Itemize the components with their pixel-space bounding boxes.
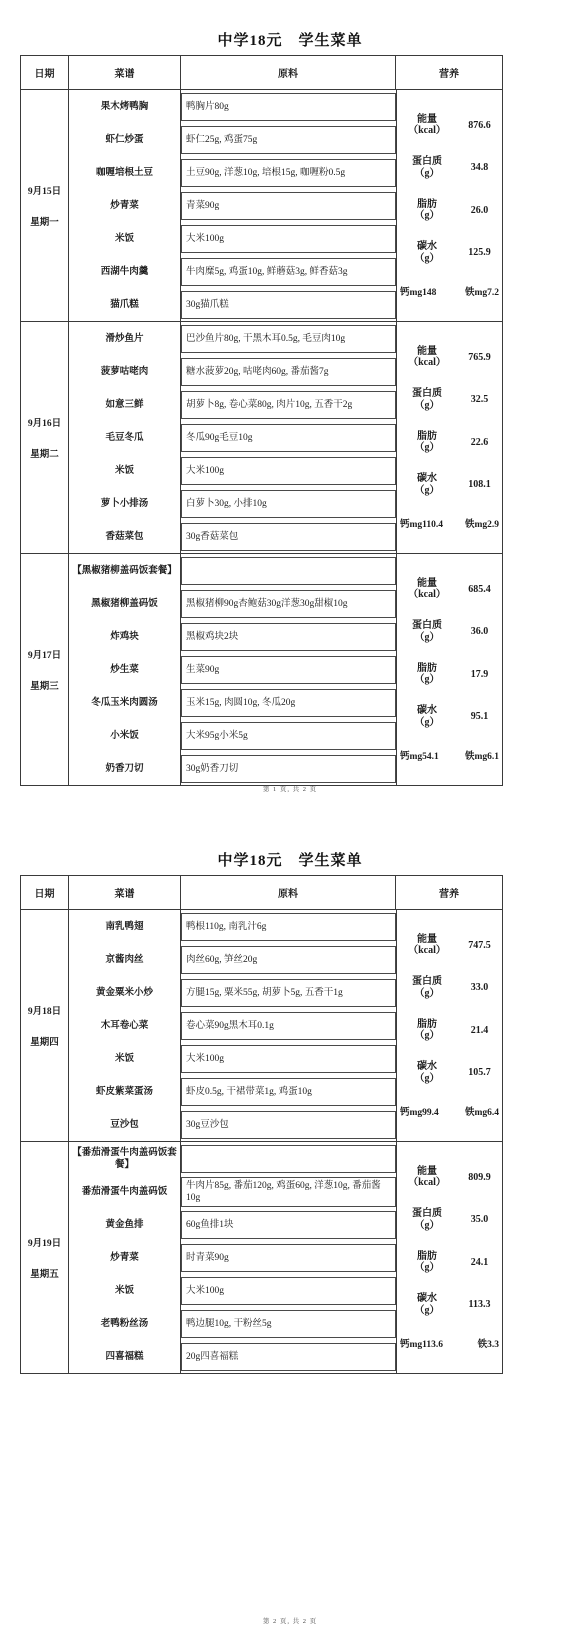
dish-row: 炒生菜 生菜90g bbox=[69, 653, 396, 686]
nutrition-label-line1: 碳水 bbox=[397, 1293, 457, 1305]
nutrition-cell: 能量 （kcal） 876.6 蛋白质 （g） 34.8 脂肪 （g） 26.0… bbox=[396, 90, 502, 321]
nutrition-label-line1: 脂肪 bbox=[397, 431, 457, 443]
ingredient-cell: 大米95g小米5g bbox=[181, 719, 396, 752]
dish-row: 如意三鲜 胡萝卜8g, 卷心菜80g, 肉片10g, 五香干2g bbox=[69, 388, 396, 421]
ingredient-cell: 虾仁25g, 鸡蛋75g bbox=[181, 123, 396, 156]
date-text: 9月17日 bbox=[28, 647, 61, 661]
dish-row: 萝卜小排汤 白萝卜30g, 小排10g bbox=[69, 487, 396, 520]
ingredient-cell: 巴沙鱼片80g, 干黑木耳0.5g, 毛豆肉10g bbox=[181, 322, 396, 355]
nutrition-label-line2: （g） bbox=[397, 253, 457, 265]
nutrition-label: 脂肪 （g） bbox=[397, 431, 457, 454]
ingredient-text: 生菜90g bbox=[181, 656, 396, 684]
ingredient-cell: 20g四喜福糕 bbox=[181, 1340, 396, 1373]
day-block: 9月19日 星期五 【番茄滑蛋牛肉盖码饭套餐】 番茄滑蛋牛肉盖码饭 牛肉片85g… bbox=[21, 1141, 502, 1373]
nutrition-label-line2: （g） bbox=[397, 1305, 457, 1317]
nutrition-value: 765.9 bbox=[457, 352, 502, 363]
ingredient-cell: 胡萝卜8g, 卷心菜80g, 肉片10g, 五香干2g bbox=[181, 388, 396, 421]
calcium-value: 钙mg148 bbox=[400, 284, 436, 298]
nutrition-row: 碳水 （g） 108.1 bbox=[397, 473, 502, 496]
dish-name: 小米饭 bbox=[69, 719, 181, 752]
ingredient-text: 30g奶香刀切 bbox=[181, 755, 396, 783]
nutrition-label: 蛋白质 （g） bbox=[397, 976, 457, 999]
dish-name: 西湖牛肉羹 bbox=[69, 255, 181, 288]
nutrition-value: 36.0 bbox=[457, 626, 502, 637]
nutrition-value: 809.9 bbox=[457, 1172, 502, 1183]
nutrition-label: 脂肪 （g） bbox=[397, 1251, 457, 1274]
ingredient-text: 60g鱼排1块 bbox=[181, 1211, 396, 1239]
minerals-row: 钙mg113.6 铁3.3 bbox=[397, 1336, 502, 1350]
dish-row: 冬瓜玉米肉圆汤 玉米15g, 肉圆10g, 冬瓜20g bbox=[69, 686, 396, 719]
dish-rows: 【黑椒猪柳盖码饭套餐】 黑椒猪柳盖码饭 黑椒猪柳90g杏鲍菇30g洋葱30g甜椒… bbox=[69, 554, 396, 785]
nutrition-row: 碳水 （g） 113.3 bbox=[397, 1293, 502, 1316]
nutrition-label-line2: （g） bbox=[397, 400, 457, 412]
nutrition-label-line2: （kcal） bbox=[397, 945, 457, 957]
day-block: 9月17日 星期三 【黑椒猪柳盖码饭套餐】 黑椒猪柳盖码饭 黑椒猪柳90g杏鲍菇… bbox=[21, 553, 502, 785]
ingredient-cell: 虾皮0.5g, 干裙带菜1g, 鸡蛋10g bbox=[181, 1075, 396, 1108]
page-footer: 第 1 页, 共 2 页 bbox=[0, 784, 580, 793]
table-header-row: 日期 菜谱 原料 营养 bbox=[21, 876, 502, 910]
dish-name: 豆沙包 bbox=[69, 1108, 181, 1141]
nutrition-row: 蛋白质 （g） 33.0 bbox=[397, 976, 502, 999]
dish-row: 米饭 大米100g bbox=[69, 222, 396, 255]
menu-document: { "nutrition_labels": [ ["能量", "（kcal）"]… bbox=[0, 0, 580, 1640]
ingredient-cell: 大米100g bbox=[181, 222, 396, 255]
header-date: 日期 bbox=[21, 56, 69, 89]
nutrition-label-line2: （kcal） bbox=[397, 125, 457, 137]
nutrition-value: 21.4 bbox=[457, 1025, 502, 1036]
ingredient-cell: 30g香菇菜包 bbox=[181, 520, 396, 553]
dish-row: 西湖牛肉羹 牛肉糜5g, 鸡蛋10g, 鲜蘑菇3g, 鲜香菇3g bbox=[69, 255, 396, 288]
date-text: 9月18日 bbox=[28, 1003, 61, 1017]
dish-name: 黑椒猪柳盖码饭 bbox=[69, 587, 181, 620]
ingredient-text: 30g猫爪糕 bbox=[181, 291, 396, 319]
nutrition-label-line1: 能量 bbox=[397, 1166, 457, 1178]
dish-name: 米饭 bbox=[69, 1042, 181, 1075]
dish-row: 【黑椒猪柳盖码饭套餐】 bbox=[69, 554, 396, 587]
calcium-value: 钙mg110.4 bbox=[400, 516, 443, 530]
header-ingredients: 原料 bbox=[181, 876, 396, 909]
nutrition-label-line2: （g） bbox=[397, 1073, 457, 1085]
dish-row: 米饭 大米100g bbox=[69, 1042, 396, 1075]
dish-name: 如意三鲜 bbox=[69, 388, 181, 421]
ingredient-cell: 鸭胸片80g bbox=[181, 90, 396, 123]
dish-row: 米饭 大米100g bbox=[69, 1274, 396, 1307]
nutrition-value: 747.5 bbox=[457, 940, 502, 951]
nutrition-label: 能量 （kcal） bbox=[397, 934, 457, 957]
dish-row: 黄金鱼排 60g鱼排1块 bbox=[69, 1208, 396, 1241]
dish-name: 炒生菜 bbox=[69, 653, 181, 686]
nutrition-label-line1: 脂肪 bbox=[397, 199, 457, 211]
ingredient-text: 糖水菠萝20g, 咕咾肉60g, 番茄酱7g bbox=[181, 358, 396, 386]
dish-row: 奶香刀切 30g奶香刀切 bbox=[69, 752, 396, 785]
ingredient-cell: 黑椒鸡块2块 bbox=[181, 620, 396, 653]
nutrition-value: 35.0 bbox=[457, 1214, 502, 1225]
nutrition-label-line1: 蛋白质 bbox=[397, 156, 457, 168]
iron-value: 铁mg7.2 bbox=[465, 284, 499, 298]
dish-name: 香菇菜包 bbox=[69, 520, 181, 553]
ingredient-text: 肉丝60g, 笋丝20g bbox=[181, 946, 396, 974]
dish-name: 米饭 bbox=[69, 222, 181, 255]
nutrition-value: 105.7 bbox=[457, 1067, 502, 1078]
nutrition-row: 能量 （kcal） 747.5 bbox=[397, 934, 502, 957]
nutrition-row: 脂肪 （g） 21.4 bbox=[397, 1019, 502, 1042]
nutrition-label-line1: 脂肪 bbox=[397, 663, 457, 675]
nutrition-cell: 能量 （kcal） 809.9 蛋白质 （g） 35.0 脂肪 （g） 24.1… bbox=[396, 1142, 502, 1373]
nutrition-label-line1: 碳水 bbox=[397, 241, 457, 253]
nutrition-value: 685.4 bbox=[457, 584, 502, 595]
ingredient-text: 虾仁25g, 鸡蛋75g bbox=[181, 126, 396, 154]
nutrition-row: 能量 （kcal） 876.6 bbox=[397, 114, 502, 137]
dish-row: 果木烤鸭胸 鸭胸片80g bbox=[69, 90, 396, 123]
dish-row: 京酱肉丝 肉丝60g, 笋丝20g bbox=[69, 943, 396, 976]
dish-name: 猫爪糕 bbox=[69, 288, 181, 321]
dish-name: 炸鸡块 bbox=[69, 620, 181, 653]
nutrition-label: 蛋白质 （g） bbox=[397, 156, 457, 179]
nutrition-value: 24.1 bbox=[457, 1257, 502, 1268]
ingredient-cell: 卷心菜90g黑木耳0.1g bbox=[181, 1009, 396, 1042]
nutrition-label: 蛋白质 （g） bbox=[397, 388, 457, 411]
ingredient-cell: 鸭边腿10g, 干粉丝5g bbox=[181, 1307, 396, 1340]
ingredient-text: 大米100g bbox=[181, 457, 396, 485]
nutrition-row: 脂肪 （g） 22.6 bbox=[397, 431, 502, 454]
dish-name: 冬瓜玉米肉圆汤 bbox=[69, 686, 181, 719]
nutrition-value: 876.6 bbox=[457, 120, 502, 131]
nutrition-label-line2: （g） bbox=[397, 1220, 457, 1232]
nutrition-row: 碳水 （g） 105.7 bbox=[397, 1061, 502, 1084]
ingredient-text bbox=[181, 557, 396, 585]
header-nutrition: 营养 bbox=[396, 56, 502, 89]
ingredient-text: 大米100g bbox=[181, 1045, 396, 1073]
date-cell: 9月18日 星期四 bbox=[21, 910, 69, 1141]
nutrition-label-line1: 蛋白质 bbox=[397, 976, 457, 988]
dish-row: 番茄滑蛋牛肉盖码饭 牛肉片85g, 番茄120g, 鸡蛋60g, 洋葱10g, … bbox=[69, 1175, 396, 1208]
dish-row: 猫爪糕 30g猫爪糕 bbox=[69, 288, 396, 321]
nutrition-row: 蛋白质 （g） 36.0 bbox=[397, 620, 502, 643]
date-cell: 9月19日 星期五 bbox=[21, 1142, 69, 1373]
ingredient-cell bbox=[181, 554, 396, 587]
ingredient-text: 牛肉糜5g, 鸡蛋10g, 鲜蘑菇3g, 鲜香菇3g bbox=[181, 258, 396, 286]
dish-row: 菠萝咕咾肉 糖水菠萝20g, 咕咾肉60g, 番茄酱7g bbox=[69, 355, 396, 388]
nutrition-value: 113.3 bbox=[457, 1299, 502, 1310]
day-blocks: 9月18日 星期四 南乳鸭翅 鸭根110g, 南乳汁6g 京酱肉丝 肉丝60g,… bbox=[21, 910, 502, 1373]
page-title: 中学18元 学生菜单 bbox=[0, 849, 580, 870]
ingredient-cell: 方腿15g, 粟米55g, 胡萝卜5g, 五香干1g bbox=[181, 976, 396, 1009]
nutrition-row: 蛋白质 （g） 34.8 bbox=[397, 156, 502, 179]
dish-name: 奶香刀切 bbox=[69, 752, 181, 785]
minerals-row: 钙mg54.1 铁mg6.1 bbox=[397, 748, 502, 762]
dish-name: 咖喱培根土豆 bbox=[69, 156, 181, 189]
nutrition-label-line2: （g） bbox=[397, 632, 457, 644]
dish-row: 毛豆冬瓜 冬瓜90g毛豆10g bbox=[69, 421, 396, 454]
nutrition-label: 碳水 （g） bbox=[397, 473, 457, 496]
header-nutrition: 营养 bbox=[396, 876, 502, 909]
menu-table: 日期 菜谱 原料 营养 9月15日 星期一 果木烤鸭胸 鸭胸片80g 虾仁炒蛋 … bbox=[20, 55, 503, 786]
dish-name: 南乳鸭翅 bbox=[69, 910, 181, 943]
nutrition-row: 蛋白质 （g） 35.0 bbox=[397, 1208, 502, 1231]
iron-value: 铁mg2.9 bbox=[465, 516, 499, 530]
dish-name: 滑炒鱼片 bbox=[69, 322, 181, 355]
weekday-text: 星期二 bbox=[30, 446, 59, 460]
nutrition-value: 22.6 bbox=[457, 437, 502, 448]
ingredient-text: 玉米15g, 肉圆10g, 冬瓜20g bbox=[181, 689, 396, 717]
ingredient-cell: 糖水菠萝20g, 咕咾肉60g, 番茄酱7g bbox=[181, 355, 396, 388]
nutrition-label-line1: 蛋白质 bbox=[397, 1208, 457, 1220]
dish-row: 米饭 大米100g bbox=[69, 454, 396, 487]
nutrition-label-line2: （g） bbox=[397, 442, 457, 454]
nutrition-label: 能量 （kcal） bbox=[397, 114, 457, 137]
dish-name: 四喜福糕 bbox=[69, 1340, 181, 1373]
nutrition-label-line1: 碳水 bbox=[397, 1061, 457, 1073]
ingredient-cell: 玉米15g, 肉圆10g, 冬瓜20g bbox=[181, 686, 396, 719]
nutrition-label: 碳水 （g） bbox=[397, 241, 457, 264]
dish-row: 木耳卷心菜 卷心菜90g黑木耳0.1g bbox=[69, 1009, 396, 1042]
dish-row: 咖喱培根土豆 土豆90g, 洋葱10g, 培根15g, 咖喱粉0.5g bbox=[69, 156, 396, 189]
ingredient-text: 虾皮0.5g, 干裙带菜1g, 鸡蛋10g bbox=[181, 1078, 396, 1106]
dish-row: 炸鸡块 黑椒鸡块2块 bbox=[69, 620, 396, 653]
nutrition-row: 脂肪 （g） 26.0 bbox=[397, 199, 502, 222]
dish-name: 京酱肉丝 bbox=[69, 943, 181, 976]
date-cell: 9月16日 星期二 bbox=[21, 322, 69, 553]
dish-name: 黄金粟米小炒 bbox=[69, 976, 181, 1009]
nutrition-row: 能量 （kcal） 685.4 bbox=[397, 578, 502, 601]
nutrition-label-line1: 脂肪 bbox=[397, 1251, 457, 1263]
ingredient-text: 鸭胸片80g bbox=[181, 93, 396, 121]
table-header-row: 日期 菜谱 原料 营养 bbox=[21, 56, 502, 90]
nutrition-label: 碳水 （g） bbox=[397, 1061, 457, 1084]
nutrition-label-line2: （g） bbox=[397, 717, 457, 729]
ingredient-cell: 生菜90g bbox=[181, 653, 396, 686]
nutrition-label: 能量 （kcal） bbox=[397, 578, 457, 601]
dish-name: 米饭 bbox=[69, 454, 181, 487]
calcium-value: 钙mg54.1 bbox=[400, 748, 439, 762]
ingredient-cell: 白萝卜30g, 小排10g bbox=[181, 487, 396, 520]
nutrition-label-line2: （g） bbox=[397, 674, 457, 686]
nutrition-row: 脂肪 （g） 24.1 bbox=[397, 1251, 502, 1274]
day-blocks: 9月15日 星期一 果木烤鸭胸 鸭胸片80g 虾仁炒蛋 虾仁25g, 鸡蛋75g… bbox=[21, 90, 502, 785]
calcium-value: 钙mg113.6 bbox=[400, 1336, 443, 1350]
ingredient-text: 黑椒鸡块2块 bbox=[181, 623, 396, 651]
ingredient-text: 冬瓜90g毛豆10g bbox=[181, 424, 396, 452]
nutrition-label-line2: （kcal） bbox=[397, 357, 457, 369]
nutrition-label: 脂肪 （g） bbox=[397, 1019, 457, 1042]
dish-name: 番茄滑蛋牛肉盖码饭 bbox=[69, 1175, 181, 1208]
nutrition-label-line1: 能量 bbox=[397, 578, 457, 590]
dish-name: 木耳卷心菜 bbox=[69, 1009, 181, 1042]
dish-row: 炒青菜 时青菜90g bbox=[69, 1241, 396, 1274]
header-menu: 菜谱 bbox=[69, 56, 181, 89]
dish-row: 滑炒鱼片 巴沙鱼片80g, 干黑木耳0.5g, 毛豆肉10g bbox=[69, 322, 396, 355]
nutrition-row: 碳水 （g） 125.9 bbox=[397, 241, 502, 264]
ingredient-text: 大米95g小米5g bbox=[181, 722, 396, 750]
ingredient-text: 20g四喜福糕 bbox=[181, 1343, 396, 1371]
nutrition-cell: 能量 （kcal） 747.5 蛋白质 （g） 33.0 脂肪 （g） 21.4… bbox=[396, 910, 502, 1141]
nutrition-label: 脂肪 （g） bbox=[397, 199, 457, 222]
ingredient-cell: 30g奶香刀切 bbox=[181, 752, 396, 785]
ingredient-text: 大米100g bbox=[181, 225, 396, 253]
ingredient-text: 黑椒猪柳90g杏鲍菇30g洋葱30g甜椒10g bbox=[181, 590, 396, 618]
minerals-row: 钙mg148 铁mg7.2 bbox=[397, 284, 502, 298]
nutrition-label-line2: （g） bbox=[397, 988, 457, 1000]
nutrition-label-line2: （g） bbox=[397, 485, 457, 497]
ingredient-cell: 大米100g bbox=[181, 1274, 396, 1307]
dish-row: 炒青菜 青菜90g bbox=[69, 189, 396, 222]
ingredient-text: 30g香菇菜包 bbox=[181, 523, 396, 551]
ingredient-text: 时青菜90g bbox=[181, 1244, 396, 1272]
ingredient-text bbox=[181, 1145, 396, 1173]
nutrition-label-line1: 能量 bbox=[397, 346, 457, 358]
ingredient-cell: 大米100g bbox=[181, 1042, 396, 1075]
ingredient-cell: 冬瓜90g毛豆10g bbox=[181, 421, 396, 454]
ingredient-cell: 鸭根110g, 南乳汁6g bbox=[181, 910, 396, 943]
weekday-text: 星期五 bbox=[30, 1266, 59, 1280]
ingredient-cell: 30g猫爪糕 bbox=[181, 288, 396, 321]
nutrition-label-line2: （g） bbox=[397, 1262, 457, 1274]
dish-name: 【番茄滑蛋牛肉盖码饭套餐】 bbox=[69, 1142, 181, 1175]
dish-name: 黄金鱼排 bbox=[69, 1208, 181, 1241]
header-ingredients: 原料 bbox=[181, 56, 396, 89]
nutrition-label: 脂肪 （g） bbox=[397, 663, 457, 686]
ingredient-cell: 肉丝60g, 笋丝20g bbox=[181, 943, 396, 976]
ingredient-text: 青菜90g bbox=[181, 192, 396, 220]
dish-row: 四喜福糕 20g四喜福糕 bbox=[69, 1340, 396, 1373]
ingredient-text: 土豆90g, 洋葱10g, 培根15g, 咖喱粉0.5g bbox=[181, 159, 396, 187]
nutrition-cell: 能量 （kcal） 765.9 蛋白质 （g） 32.5 脂肪 （g） 22.6… bbox=[396, 322, 502, 553]
nutrition-label-line2: （g） bbox=[397, 168, 457, 180]
weekday-text: 星期四 bbox=[30, 1034, 59, 1048]
nutrition-label: 能量 （kcal） bbox=[397, 346, 457, 369]
header-date: 日期 bbox=[21, 876, 69, 909]
nutrition-value: 26.0 bbox=[457, 205, 502, 216]
ingredient-text: 卷心菜90g黑木耳0.1g bbox=[181, 1012, 396, 1040]
nutrition-label-line2: （kcal） bbox=[397, 1177, 457, 1189]
menu-table: 日期 菜谱 原料 营养 9月18日 星期四 南乳鸭翅 鸭根110g, 南乳汁6g… bbox=[20, 875, 503, 1374]
nutrition-label-line2: （g） bbox=[397, 1030, 457, 1042]
ingredient-text: 白萝卜30g, 小排10g bbox=[181, 490, 396, 518]
iron-value: 铁mg6.1 bbox=[465, 748, 499, 762]
dish-rows: 果木烤鸭胸 鸭胸片80g 虾仁炒蛋 虾仁25g, 鸡蛋75g 咖喱培根土豆 土豆… bbox=[69, 90, 396, 321]
ingredient-cell: 牛肉片85g, 番茄120g, 鸡蛋60g, 洋葱10g, 番茄酱10g bbox=[181, 1175, 396, 1208]
dish-row: 黄金粟米小炒 方腿15g, 粟米55g, 胡萝卜5g, 五香干1g bbox=[69, 976, 396, 1009]
dish-row: 小米饭 大米95g小米5g bbox=[69, 719, 396, 752]
dish-name: 毛豆冬瓜 bbox=[69, 421, 181, 454]
nutrition-label-line1: 能量 bbox=[397, 934, 457, 946]
day-block: 9月15日 星期一 果木烤鸭胸 鸭胸片80g 虾仁炒蛋 虾仁25g, 鸡蛋75g… bbox=[21, 90, 502, 321]
dish-name: 虾皮紫菜蛋汤 bbox=[69, 1075, 181, 1108]
page-2: 中学18元 学生菜单 日期 菜谱 原料 营养 9月18日 星期四 南乳鸭翅 鸭根… bbox=[0, 820, 580, 1640]
nutrition-label-line1: 脂肪 bbox=[397, 1019, 457, 1031]
dish-name: 萝卜小排汤 bbox=[69, 487, 181, 520]
dish-name: 菠萝咕咾肉 bbox=[69, 355, 181, 388]
nutrition-cell: 能量 （kcal） 685.4 蛋白质 （g） 36.0 脂肪 （g） 17.9… bbox=[396, 554, 502, 785]
ingredient-cell bbox=[181, 1142, 396, 1175]
ingredient-cell: 大米100g bbox=[181, 454, 396, 487]
dish-name: 虾仁炒蛋 bbox=[69, 123, 181, 156]
nutrition-row: 蛋白质 （g） 32.5 bbox=[397, 388, 502, 411]
dish-name: 炒青菜 bbox=[69, 1241, 181, 1274]
nutrition-label: 能量 （kcal） bbox=[397, 1166, 457, 1189]
ingredient-text: 胡萝卜8g, 卷心菜80g, 肉片10g, 五香干2g bbox=[181, 391, 396, 419]
nutrition-label: 碳水 （g） bbox=[397, 1293, 457, 1316]
date-text: 9月15日 bbox=[28, 183, 61, 197]
day-block: 9月16日 星期二 滑炒鱼片 巴沙鱼片80g, 干黑木耳0.5g, 毛豆肉10g… bbox=[21, 321, 502, 553]
dish-row: 南乳鸭翅 鸭根110g, 南乳汁6g bbox=[69, 910, 396, 943]
nutrition-value: 32.5 bbox=[457, 394, 502, 405]
page-1: 中学18元 学生菜单 日期 菜谱 原料 营养 9月15日 星期一 果木烤鸭胸 鸭… bbox=[0, 0, 580, 820]
nutrition-label-line1: 能量 bbox=[397, 114, 457, 126]
calcium-value: 钙mg99.4 bbox=[400, 1104, 439, 1118]
ingredient-cell: 60g鱼排1块 bbox=[181, 1208, 396, 1241]
minerals-row: 钙mg99.4 铁mg6.4 bbox=[397, 1104, 502, 1118]
ingredient-text: 鸭根110g, 南乳汁6g bbox=[181, 913, 396, 941]
nutrition-value: 17.9 bbox=[457, 669, 502, 680]
nutrition-row: 碳水 （g） 95.1 bbox=[397, 705, 502, 728]
ingredient-text: 巴沙鱼片80g, 干黑木耳0.5g, 毛豆肉10g bbox=[181, 325, 396, 353]
date-text: 9月16日 bbox=[28, 415, 61, 429]
dish-row: 虾皮紫菜蛋汤 虾皮0.5g, 干裙带菜1g, 鸡蛋10g bbox=[69, 1075, 396, 1108]
dish-name: 果木烤鸭胸 bbox=[69, 90, 181, 123]
ingredient-text: 鸭边腿10g, 干粉丝5g bbox=[181, 1310, 396, 1338]
nutrition-value: 108.1 bbox=[457, 479, 502, 490]
ingredient-cell: 时青菜90g bbox=[181, 1241, 396, 1274]
header-menu: 菜谱 bbox=[69, 876, 181, 909]
nutrition-value: 33.0 bbox=[457, 982, 502, 993]
ingredient-text: 大米100g bbox=[181, 1277, 396, 1305]
dish-name: 米饭 bbox=[69, 1274, 181, 1307]
dish-row: 老鸭粉丝汤 鸭边腿10g, 干粉丝5g bbox=[69, 1307, 396, 1340]
dish-row: 黑椒猪柳盖码饭 黑椒猪柳90g杏鲍菇30g洋葱30g甜椒10g bbox=[69, 587, 396, 620]
dish-rows: 滑炒鱼片 巴沙鱼片80g, 干黑木耳0.5g, 毛豆肉10g 菠萝咕咾肉 糖水菠… bbox=[69, 322, 396, 553]
nutrition-label: 蛋白质 （g） bbox=[397, 620, 457, 643]
dish-name: 【黑椒猪柳盖码饭套餐】 bbox=[69, 554, 181, 587]
date-cell: 9月17日 星期三 bbox=[21, 554, 69, 785]
ingredient-cell: 土豆90g, 洋葱10g, 培根15g, 咖喱粉0.5g bbox=[181, 156, 396, 189]
dish-row: 豆沙包 30g豆沙包 bbox=[69, 1108, 396, 1141]
nutrition-value: 125.9 bbox=[457, 247, 502, 258]
weekday-text: 星期三 bbox=[30, 678, 59, 692]
date-cell: 9月15日 星期一 bbox=[21, 90, 69, 321]
nutrition-label-line1: 蛋白质 bbox=[397, 388, 457, 400]
dish-row: 香菇菜包 30g香菇菜包 bbox=[69, 520, 396, 553]
nutrition-label-line1: 蛋白质 bbox=[397, 620, 457, 632]
dish-row: 虾仁炒蛋 虾仁25g, 鸡蛋75g bbox=[69, 123, 396, 156]
nutrition-label-line1: 碳水 bbox=[397, 705, 457, 717]
dish-name: 炒青菜 bbox=[69, 189, 181, 222]
ingredient-cell: 牛肉糜5g, 鸡蛋10g, 鲜蘑菇3g, 鲜香菇3g bbox=[181, 255, 396, 288]
dish-rows: 南乳鸭翅 鸭根110g, 南乳汁6g 京酱肉丝 肉丝60g, 笋丝20g 黄金粟… bbox=[69, 910, 396, 1141]
ingredient-cell: 黑椒猪柳90g杏鲍菇30g洋葱30g甜椒10g bbox=[181, 587, 396, 620]
dish-row: 【番茄滑蛋牛肉盖码饭套餐】 bbox=[69, 1142, 396, 1175]
ingredient-text: 牛肉片85g, 番茄120g, 鸡蛋60g, 洋葱10g, 番茄酱10g bbox=[181, 1177, 396, 1207]
ingredient-text: 方腿15g, 粟米55g, 胡萝卜5g, 五香干1g bbox=[181, 979, 396, 1007]
ingredient-cell: 30g豆沙包 bbox=[181, 1108, 396, 1141]
weekday-text: 星期一 bbox=[30, 214, 59, 228]
nutrition-label: 蛋白质 （g） bbox=[397, 1208, 457, 1231]
nutrition-row: 脂肪 （g） 17.9 bbox=[397, 663, 502, 686]
dish-rows: 【番茄滑蛋牛肉盖码饭套餐】 番茄滑蛋牛肉盖码饭 牛肉片85g, 番茄120g, … bbox=[69, 1142, 396, 1373]
iron-value: 铁3.3 bbox=[478, 1336, 499, 1350]
nutrition-label-line2: （kcal） bbox=[397, 589, 457, 601]
minerals-row: 钙mg110.4 铁mg2.9 bbox=[397, 516, 502, 530]
date-text: 9月19日 bbox=[28, 1235, 61, 1249]
day-block: 9月18日 星期四 南乳鸭翅 鸭根110g, 南乳汁6g 京酱肉丝 肉丝60g,… bbox=[21, 910, 502, 1141]
nutrition-value: 34.8 bbox=[457, 162, 502, 173]
dish-name: 老鸭粉丝汤 bbox=[69, 1307, 181, 1340]
nutrition-label: 碳水 （g） bbox=[397, 705, 457, 728]
nutrition-row: 能量 （kcal） 765.9 bbox=[397, 346, 502, 369]
page-footer: 第 2 页, 共 2 页 bbox=[0, 1616, 580, 1625]
nutrition-label-line2: （g） bbox=[397, 210, 457, 222]
iron-value: 铁mg6.4 bbox=[465, 1104, 499, 1118]
